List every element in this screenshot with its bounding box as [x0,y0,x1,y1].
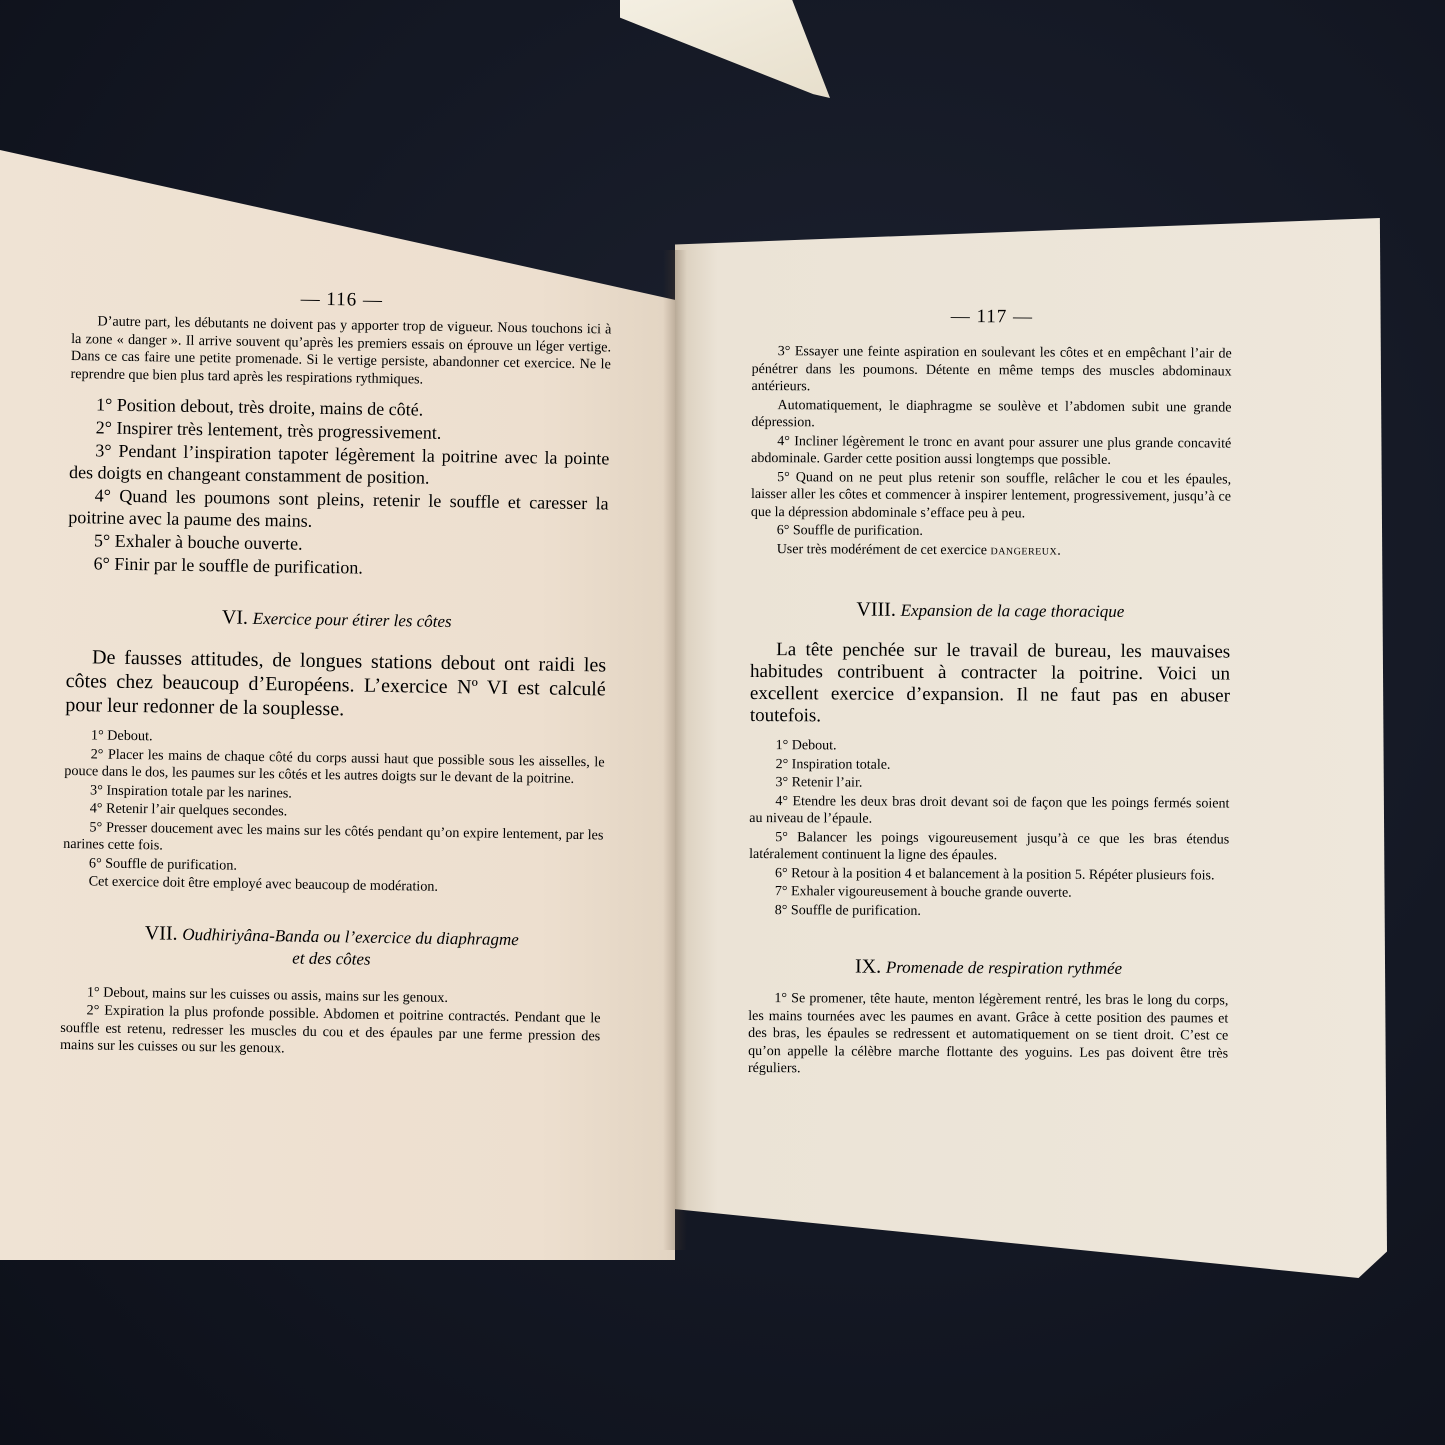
list-item: 3° Essayer une feinte aspiration en soul… [752,343,1232,398]
list-item: 4° Etendre les deux bras droit devant so… [749,792,1229,830]
section-heading: VIII. Expansion de la cage thoracique [750,598,1230,624]
list-item: Automatiquement, le diaphragme se soulèv… [751,396,1231,434]
list-item: 6° Retour à la position 4 et balancement… [749,864,1229,884]
list-item: 5° Balancer les poings vigoureusement ju… [749,828,1229,866]
list-item: 3° Pendant l’inspiration tapoter légèrem… [69,439,610,491]
list-item: 2° Expiration la plus profonde possible.… [60,1002,601,1063]
list-item: 3° Retenir l’air. [749,774,1229,794]
list-item: 4° Quand les poumons sont pleins, reteni… [68,484,609,536]
paragraph: D’autre part, les débutants ne doivent p… [70,313,611,391]
list-item: 8° Souffle de purification. [749,901,1229,921]
section-heading: VII. Oudhiriyâna-Banda ou l’exercice du … [61,920,602,973]
list-item: 5° Quand on ne peut plus retenir son sou… [751,468,1231,523]
section-heading: VI. Exercice pour étirer les côtes [67,604,607,635]
left-page-text: — 116 — D’autre part, les débutants ne d… [60,285,612,1064]
paragraph: La tête penchée sur le travail de bureau… [750,639,1230,730]
book-gutter [663,250,687,1250]
right-page-text: — 117 — 3° Essayer une feinte aspiration… [748,305,1232,1081]
warning-note: User très modérément de cet exercice dan… [751,540,1231,560]
paragraph: De fausses attitudes, de longues station… [65,645,606,725]
list-item: 6° Souffle de purification. [751,522,1231,542]
list-item: 2° Inspiration totale. [750,755,1230,775]
section-heading: IX. Promenade de respiration rythmée [748,955,1228,981]
list-item: 1° Se promener, tête haute, menton légèr… [748,990,1228,1080]
list-item: 1° Debout. [750,737,1230,757]
list-item: 4° Incliner légèrement le tronc en avant… [751,432,1231,470]
page-number: — 117 — [752,305,1232,330]
paper-scrap [620,0,830,98]
warning-emphasis: dangereux. [990,543,1061,558]
list-item: 7° Exhaler vigoureusement à bouche grand… [749,883,1229,903]
